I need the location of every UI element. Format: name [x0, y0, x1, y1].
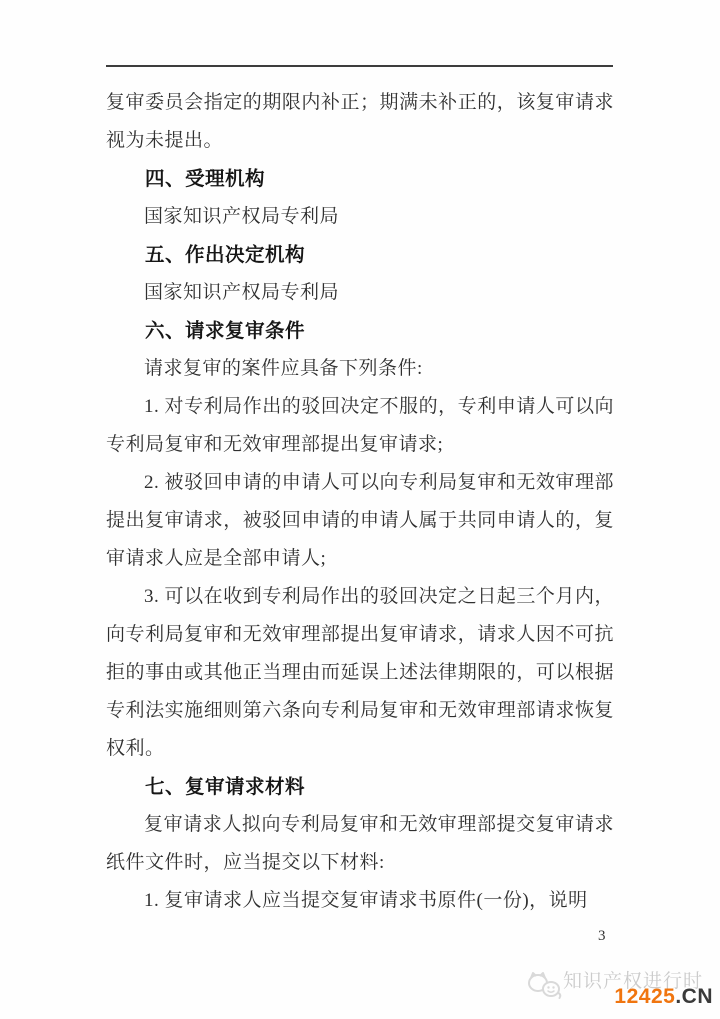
body-paragraph: 复审委员会指定的期限内补正；期满未补正的，该复审请求视为未提出。	[106, 84, 614, 160]
page-number: 3	[598, 928, 606, 945]
header-rule	[106, 65, 613, 67]
section-heading: 六、请求复审条件	[106, 312, 614, 350]
body-paragraph: 1. 复审请求人应当提交复审请求书原件(一份)，说明	[106, 882, 614, 920]
body-paragraph: 请求复审的案件应具备下列条件:	[106, 350, 614, 388]
watermark: 知识产权进行时 12425.CN	[527, 972, 713, 1006]
watermark-cat-icon	[527, 970, 563, 1000]
section-heading: 七、复审请求材料	[106, 768, 614, 806]
body-paragraph: 国家知识产权局专利局	[106, 274, 614, 312]
watermark-domain-number: 12425	[614, 985, 675, 1008]
section-heading: 五、作出决定机构	[106, 236, 614, 274]
document-body: 复审委员会指定的期限内补正；期满未补正的，该复审请求视为未提出。四、受理机构国家…	[106, 84, 614, 920]
body-paragraph: 3. 可以在收到专利局作出的驳回决定之日起三个月内，向专利局复审和无效审理部提出…	[106, 578, 614, 768]
body-paragraph: 1. 对专利局作出的驳回决定不服的，专利申请人可以向专利局复审和无效审理部提出复…	[106, 388, 614, 464]
body-paragraph: 复审请求人拟向专利局复审和无效审理部提交复审请求纸件文件时，应当提交以下材料:	[106, 806, 614, 882]
watermark-domain: 12425.CN	[614, 987, 713, 1007]
watermark-domain-suffix: .CN	[675, 985, 713, 1008]
body-paragraph: 2. 被驳回申请的申请人可以向专利局复审和无效审理部提出复审请求，被驳回申请的申…	[106, 464, 614, 578]
document-page: 复审委员会指定的期限内补正；期满未补正的，该复审请求视为未提出。四、受理机构国家…	[0, 0, 720, 1019]
body-paragraph: 国家知识产权局专利局	[106, 198, 614, 236]
section-heading: 四、受理机构	[106, 160, 614, 198]
